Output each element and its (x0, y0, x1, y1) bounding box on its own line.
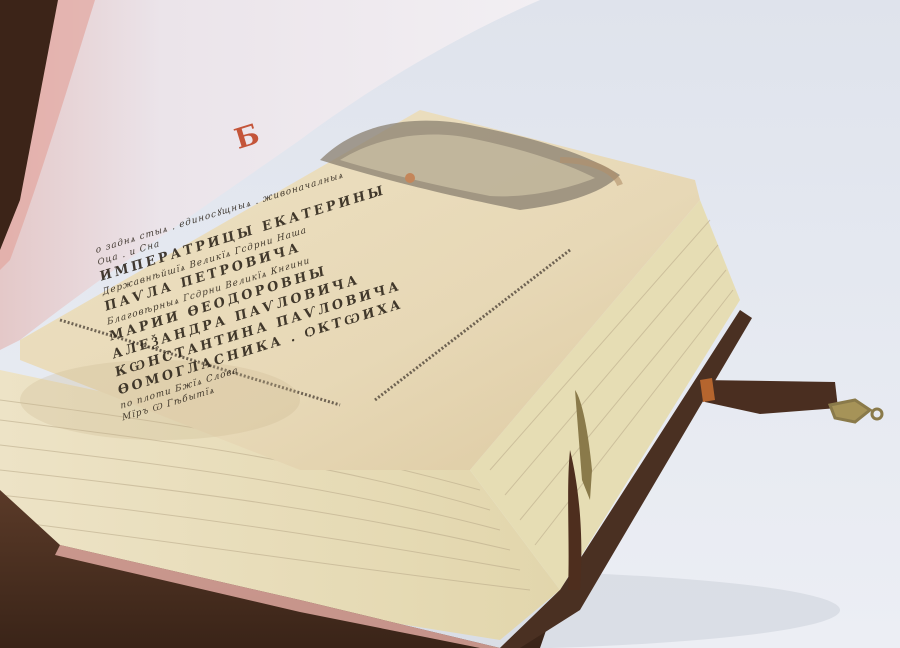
leather-strap (700, 378, 838, 414)
book-photo (0, 0, 900, 648)
brass-catch (830, 400, 882, 422)
page-stain (20, 360, 300, 440)
photo-scene: Б о заднѧ стыѧ . единосꙋщныѧ . живоначал… (0, 0, 900, 648)
